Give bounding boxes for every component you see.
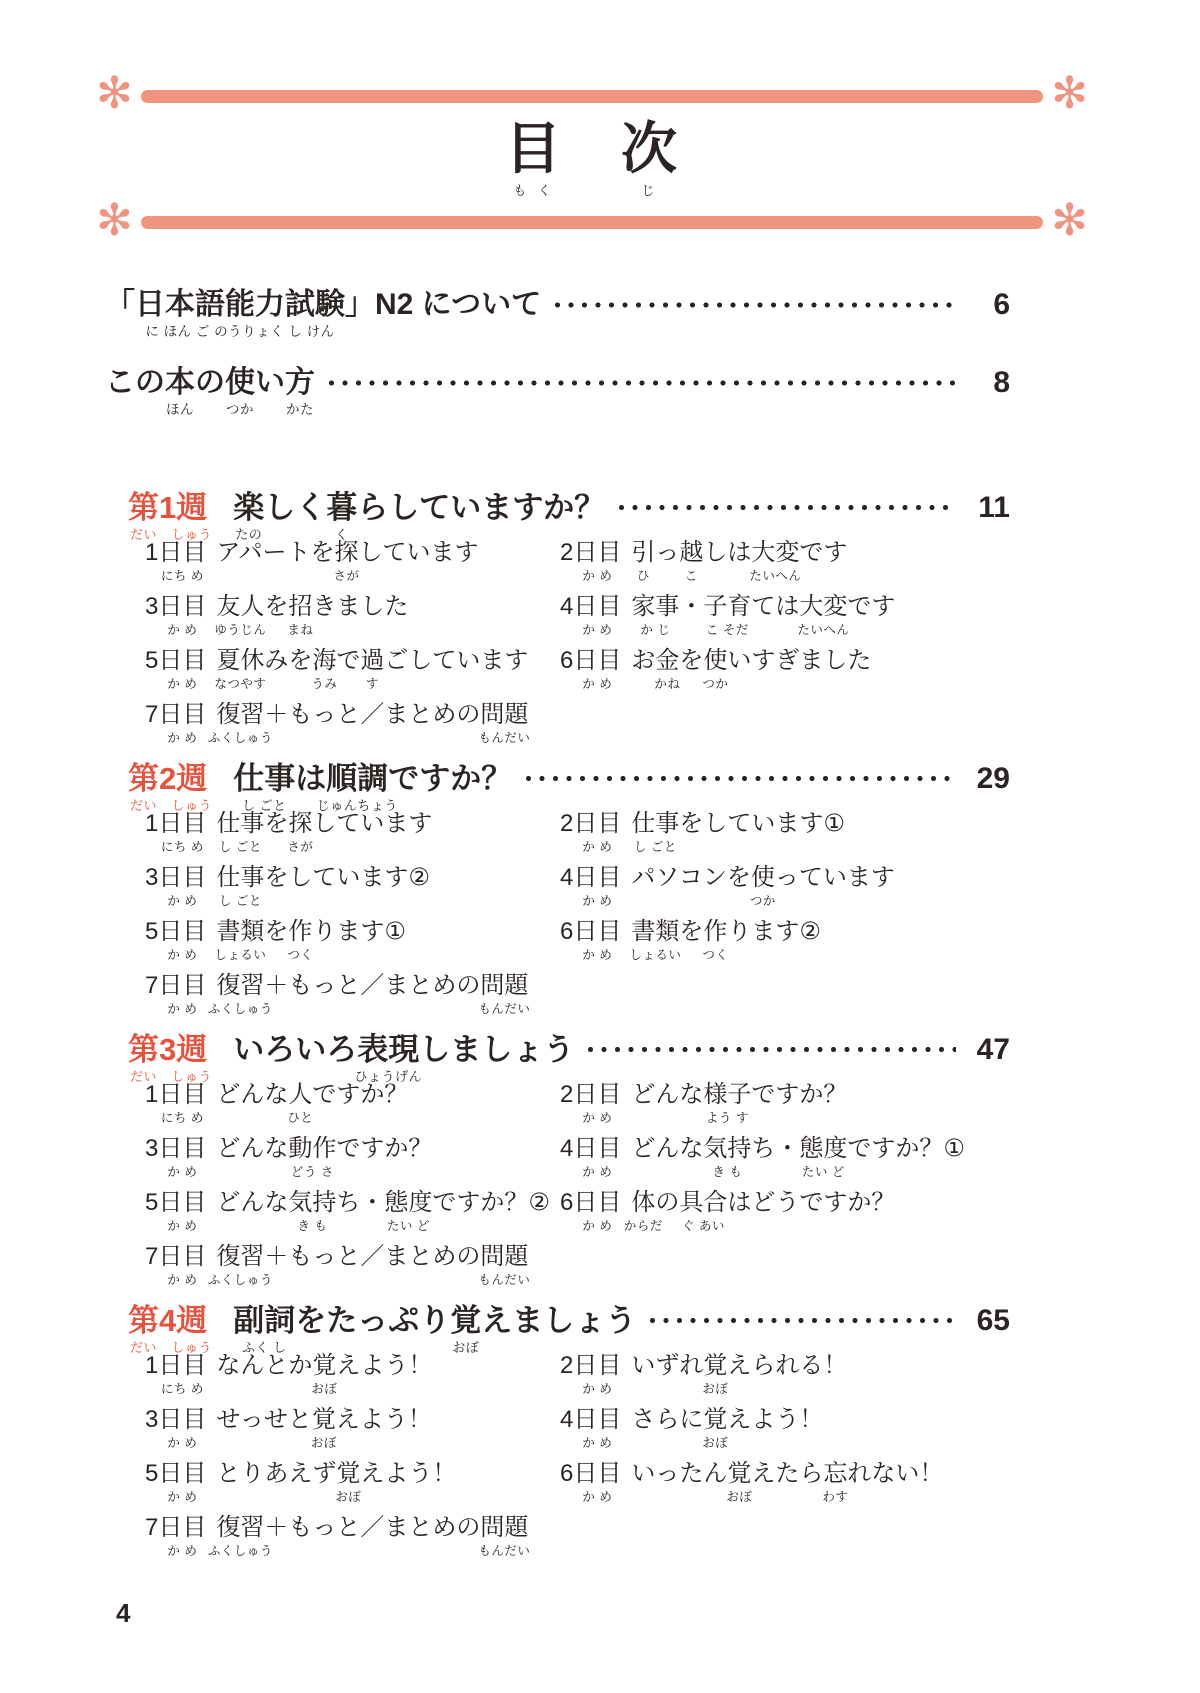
furigana: か め (582, 1437, 612, 1450)
furigana: ゆうじん (214, 624, 266, 637)
furigana: かた (286, 403, 314, 417)
text-segment: をしています① (679, 809, 845, 839)
text-segment: ごしています (384, 646, 528, 676)
week-header-row: 第だい4週しゅう副詞ふく しをたっぷり覚おぼえましょう65 (128, 1302, 1010, 1339)
text-segment: きました (312, 592, 408, 622)
day-item: 2日目か め引ひっ越こしは大変たいへんです (560, 538, 1010, 568)
text-segment: 使つか (751, 863, 775, 893)
week-header-row: 第だい1週しゅう楽たのしく暮くらしていますか？11 (128, 489, 1010, 526)
furigana: ふくしゅう (208, 1003, 273, 1016)
furigana: か め (167, 732, 197, 745)
text-segment: 日目か め (158, 592, 206, 622)
furigana: にち め (161, 841, 204, 854)
text-segment: 日目か め (158, 646, 206, 676)
text-segment: いずれ (631, 1351, 703, 1381)
furigana: つか (702, 678, 728, 691)
day-title: 仕事し ごとをしています② (216, 864, 430, 891)
day-item: 7日目か め復習ふくしゅう＋もっと／まとめの問題もんだい (145, 971, 560, 1001)
text-segment: 仕事し ごと (233, 760, 295, 797)
text-segment: 態度たい ど (799, 1134, 847, 1164)
day-label: 2日目か め (560, 539, 621, 566)
furigana: か め (167, 1545, 197, 1558)
furigana: か め (167, 1274, 197, 1287)
day-title: パソコンを使つかっています (631, 864, 895, 891)
text-segment: です (799, 538, 847, 568)
text-segment: 1 (159, 489, 176, 526)
furigana: か め (582, 895, 612, 908)
text-segment: 忘わす (823, 1459, 847, 1489)
text-segment: しは (703, 538, 751, 568)
text-segment: 書類しょるい (631, 917, 679, 947)
toc-header: ✻ ✻ 目も く 次じ ✻ ✻ (96, 74, 1088, 245)
day-title: 仕事し ごとを探さがしています (216, 810, 432, 837)
text-segment: 使つか (703, 646, 727, 676)
furigana: か め (167, 624, 197, 637)
furigana: もんだい (478, 1545, 530, 1558)
text-segment: 日目か め (573, 592, 621, 622)
text-segment: 様子よう す (703, 1080, 751, 1110)
day-item: 3日目か め仕事し ごとをしています② (145, 863, 560, 893)
text-segment: ては (751, 592, 799, 622)
dot-leader (615, 489, 956, 526)
text-segment: 2 (560, 809, 573, 839)
day-label: 1日目にち め (145, 539, 206, 566)
day-item: 5日目か めとりあえず覚おぼえよう！ (145, 1459, 560, 1489)
furigana: か め (167, 1220, 197, 1233)
week-sections: 第だい1週しゅう楽たのしく暮くらしていますか？111日目にち めアパートを探さが… (105, 489, 1010, 1567)
day-title: 復習ふくしゅう＋もっと／まとめの問題もんだい (216, 1514, 528, 1541)
text-segment: ですか？② (432, 1188, 550, 1218)
furigana: つく (287, 949, 313, 962)
furigana: たいへん (797, 624, 849, 637)
furigana: つか (750, 895, 776, 908)
day-title: 友人ゆうじんを招まねきました (216, 593, 408, 620)
day-label: 4日目か め (560, 864, 621, 891)
text-segment: 第だい (128, 489, 159, 526)
day-title: いったん覚おぼえたら忘わすれない！ (631, 1460, 943, 1487)
furigana: ふくしゅう (208, 732, 273, 745)
furigana: おぼ (702, 1383, 728, 1396)
furigana: ほん (166, 403, 194, 417)
day-title: どんな人ひとですか？ (216, 1081, 408, 1108)
text-segment: 日目か め (158, 1405, 206, 1435)
text-segment: いろいろ (233, 1031, 357, 1068)
day-item: 1日目にち めどんな人ひとですか？ (145, 1080, 560, 1110)
day-grid: 1日目にち めなんとか覚おぼえよう！2日目か めいずれ覚おぼえられる！3日目か … (145, 1351, 1010, 1567)
text-segment: 「 (105, 287, 135, 323)
entry-page-number: 6 (964, 287, 1010, 323)
day-label: 6日目か め (560, 1189, 621, 1216)
day-title: 書類しょるいを作つくります① (216, 918, 406, 945)
day-item: 6日目か め書類しょるいを作つくります② (560, 917, 1010, 947)
text-segment: えたら (751, 1459, 823, 1489)
furigana: にち め (161, 570, 204, 583)
text-segment: 6 (560, 1459, 573, 1489)
flower-icon: ✻ (96, 199, 133, 243)
text-segment: を (264, 592, 288, 622)
text-segment: 7 (145, 971, 158, 1001)
furigana: もんだい (478, 1003, 530, 1016)
text-segment: 7 (145, 1513, 158, 1543)
text-segment: 日目か め (158, 1242, 206, 1272)
text-segment: 4 (560, 592, 573, 622)
text-segment: 5 (145, 1459, 158, 1489)
text-segment: 週しゅう (176, 760, 207, 797)
furigana: おぼ (452, 1341, 479, 1354)
furigana: も く (513, 184, 555, 197)
furigana: か め (167, 895, 197, 908)
text-segment: 復習ふくしゅう (216, 1513, 264, 1543)
furigana: か め (582, 949, 612, 962)
furigana: かね (654, 678, 680, 691)
text-segment: 3 (145, 1134, 158, 1164)
week-section: 第だい3週しゅういろいろ表現ひょうげんしましょう471日目にち めどんな人ひとで… (105, 1031, 1010, 1296)
text-segment: 復習ふくしゅう (216, 700, 264, 730)
text-segment: 体からだ (631, 1188, 655, 1218)
flower-icon: ✻ (1051, 199, 1088, 243)
text-segment: みを (264, 646, 312, 676)
dot-leader (325, 365, 956, 401)
furigana: に ほん ご のうりょく し けん (145, 325, 334, 339)
text-segment: 日目にち め (158, 809, 206, 839)
day-item: 3日目か めせっせと覚おぼえよう！ (145, 1405, 560, 1435)
furigana: か め (167, 678, 197, 691)
text-segment (563, 120, 621, 179)
day-item: 7日目か め復習ふくしゅう＋もっと／まとめの問題もんだい (145, 1513, 560, 1543)
day-item: 6日目か めお金かねを使つかいすぎました (560, 646, 1010, 676)
week-title: 副詞ふく しをたっぷり覚おぼえましょう (233, 1302, 636, 1339)
text-segment: 覚おぼ (336, 1459, 360, 1489)
text-segment: パソコンを (631, 863, 751, 893)
text-segment: しています (312, 809, 432, 839)
furigana: さが (287, 841, 313, 854)
text-segment: しく (264, 489, 326, 526)
text-segment: 家事か じ (631, 592, 679, 622)
text-segment: 日目か め (158, 1188, 206, 1218)
text-segment: いったん (631, 1459, 727, 1489)
text-segment: 仕事し ごと (631, 809, 679, 839)
day-grid: 1日目にち めどんな人ひとですか？2日目か めどんな様子よう すですか？3日目か… (145, 1080, 1010, 1296)
text-segment: を (264, 917, 288, 947)
day-title: 復習ふくしゅう＋もっと／まとめの問題もんだい (216, 701, 528, 728)
text-segment: 復習ふくしゅう (216, 971, 264, 1001)
text-segment: い (255, 365, 285, 401)
text-segment: 5 (145, 646, 158, 676)
flower-icon: ✻ (96, 72, 133, 116)
dot-leader (551, 287, 956, 323)
text-segment: どんな (216, 1134, 288, 1164)
furigana: しょるい (214, 949, 266, 962)
text-segment: 越こ (679, 538, 703, 568)
text-segment: 日目か め (158, 1134, 206, 1164)
furigana: もんだい (478, 732, 530, 745)
day-item: 2日目か め仕事し ごとをしています① (560, 809, 1010, 839)
day-title: 夏休なつやすみを海うみで過すごしています (216, 647, 528, 674)
furigana: おぼ (335, 1491, 361, 1504)
day-item: 1日目にち めなんとか覚おぼえよう！ (145, 1351, 560, 1381)
header-top-rule: ✻ ✻ (96, 74, 1088, 118)
text-segment: お (631, 646, 655, 676)
text-segment: を (264, 809, 288, 839)
furigana: か め (582, 1112, 612, 1125)
toc-entry: この本ほんの使つかい方かた8 (105, 365, 1010, 401)
day-title: いずれ覚おぼえられる！ (631, 1352, 847, 1379)
text-segment: 1 (145, 809, 158, 839)
footer-page-number: 4 (116, 1598, 130, 1629)
text-segment: をしています② (264, 863, 430, 893)
furigana: こ (685, 570, 698, 583)
day-title: せっせと覚おぼえよう！ (216, 1406, 432, 1433)
text-segment: 5 (145, 917, 158, 947)
day-item: 5日目か めどんな気持き もち・態度たい どですか？② (145, 1188, 560, 1218)
text-segment: 」N2 について (345, 287, 541, 323)
dot-leader (584, 1031, 956, 1068)
text-segment: 副詞ふく し (233, 1302, 295, 1339)
day-item: 4日目か めどんな気持き もち・態度たい どですか？① (560, 1134, 1010, 1164)
text-segment: を (679, 646, 703, 676)
furigana: こ そだ (706, 624, 749, 637)
day-label: 5日目か め (145, 1460, 206, 1487)
text-segment: ち・ (751, 1134, 799, 1164)
dot-leader (522, 760, 956, 797)
text-segment: 週しゅう (176, 1031, 207, 1068)
text-segment: 使つか (225, 365, 255, 401)
furigana: つか (226, 403, 254, 417)
page-title: 目も く 次じ (505, 117, 679, 180)
entry-title: この本ほんの使つかい方かた (105, 365, 315, 401)
furigana: ふくしゅう (208, 1274, 273, 1287)
text-segment: さらに (631, 1405, 703, 1435)
text-segment: 4 (159, 1302, 176, 1339)
text-segment: しています (358, 538, 478, 568)
furigana: か め (582, 841, 612, 854)
furigana: か め (582, 1220, 612, 1233)
text-segment: 2 (159, 760, 176, 797)
day-grid: 1日目にち めアパートを探さがしています2日目か め引ひっ越こしは大変たいへんで… (145, 538, 1010, 754)
text-segment: 作つく (703, 917, 727, 947)
text-segment: 日本語能力試験に ほん ご のうりょく し けん (135, 287, 345, 323)
text-segment: 問題もんだい (480, 1513, 528, 1543)
text-segment: とりあえず (216, 1459, 336, 1489)
day-label: 5日目か め (145, 647, 206, 674)
rule-bar (141, 90, 1043, 103)
week-title: いろいろ表現ひょうげんしましょう (233, 1031, 574, 1068)
text-segment: 3 (145, 863, 158, 893)
text-segment: 復習ふくしゅう (216, 1242, 264, 1272)
text-segment: 本ほん (165, 365, 195, 401)
week-label: 第だい3週しゅう (128, 1031, 207, 1068)
text-segment: ります① (312, 917, 406, 947)
day-label: 4日目か め (560, 593, 621, 620)
furigana: おぼ (702, 1437, 728, 1450)
text-segment: 夏休なつやす (216, 646, 264, 676)
furigana: ひ (637, 570, 650, 583)
day-label: 7日目か め (145, 1243, 206, 1270)
day-label: 3日目か め (145, 1406, 206, 1433)
furigana: か め (582, 1491, 612, 1504)
day-label: 6日目か め (560, 647, 621, 674)
furigana: つく (702, 949, 728, 962)
week-section: 第だい1週しゅう楽たのしく暮くらしていますか？111日目にち めアパートを探さが… (105, 489, 1010, 754)
text-segment: ＋もっと／まとめの (264, 700, 480, 730)
text-segment: 問題もんだい (480, 1242, 528, 1272)
furigana: か め (582, 678, 612, 691)
furigana: たい ど (802, 1166, 845, 1179)
text-segment: 日目か め (573, 538, 621, 568)
text-segment: 3 (145, 592, 158, 622)
text-segment: 4 (560, 1405, 573, 1435)
text-segment: 日目にち め (158, 1351, 206, 1381)
day-item: 1日目にち め仕事し ごとを探さがしています (145, 809, 560, 839)
furigana: か め (167, 949, 197, 962)
day-label: 1日目にち め (145, 1081, 206, 1108)
text-segment: 子育こ そだ (703, 592, 751, 622)
day-title: 書類しょるいを作つくります② (631, 918, 821, 945)
text-segment: 日目か め (573, 1134, 621, 1164)
furigana: なつやす (214, 678, 266, 691)
text-segment: で (336, 646, 360, 676)
day-item: 5日目か め書類しょるいを作つくります① (145, 917, 560, 947)
text-segment: 方かた (285, 365, 315, 401)
text-segment: らしていますか？ (357, 489, 605, 526)
day-label: 2日目か め (560, 810, 621, 837)
day-label: 1日目にち め (145, 1352, 206, 1379)
day-label: 7日目か め (145, 972, 206, 999)
text-segment: 仕事し ごと (216, 863, 264, 893)
week-page-number: 11 (964, 489, 1010, 526)
text-segment: 覚おぼ (703, 1405, 727, 1435)
text-segment: です (847, 592, 895, 622)
text-segment: 問題もんだい (480, 700, 528, 730)
day-label: 7日目か め (145, 1514, 206, 1541)
text-segment: 7 (145, 700, 158, 730)
text-segment: 気持き も (703, 1134, 751, 1164)
furigana: か め (167, 1491, 197, 1504)
text-segment: 5 (145, 1188, 158, 1218)
week-page-number: 65 (964, 1302, 1010, 1339)
day-item: 1日目にち めアパートを探さがしています (145, 538, 560, 568)
text-segment: 作つく (288, 917, 312, 947)
text-segment: っ (655, 538, 679, 568)
text-segment: 6 (560, 917, 573, 947)
text-segment: ります② (727, 917, 821, 947)
day-item: 6日目か め体からだの具合ぐ あいはどうですか？ (560, 1188, 1010, 1218)
week-label: 第だい2週しゅう (128, 760, 207, 797)
week-title: 楽たのしく暮くらしていますか？ (233, 489, 605, 526)
text-segment: 日目にち め (158, 538, 206, 568)
day-title: アパートを探さがしています (216, 539, 478, 566)
text-segment: 日目か め (158, 1459, 206, 1489)
text-segment: 暮く (326, 489, 357, 526)
text-segment: えよう！ (336, 1405, 432, 1435)
text-segment: 週しゅう (176, 489, 207, 526)
text-segment: しましょう (419, 1031, 574, 1068)
text-segment: 4 (560, 863, 573, 893)
text-segment: 仕事し ごと (216, 809, 264, 839)
text-segment: 順調じゅんちょう (326, 760, 388, 797)
entry-title: 「日本語能力試験に ほん ご のうりょく し けん」N2 について (105, 287, 541, 323)
furigana: か め (582, 624, 612, 637)
day-item: 6日目か めいったん覚おぼえたら忘わすれない！ (560, 1459, 1010, 1489)
day-item: 4日目か めパソコンを使つかっています (560, 863, 1010, 893)
toc-main: 「日本語能力試験に ほん ご のうりょく し けん」N2 について6この本ほんの… (105, 287, 1010, 1567)
text-segment: 4 (560, 1134, 573, 1164)
text-segment: 問題もんだい (480, 971, 528, 1001)
text-segment: 次じ (621, 120, 679, 179)
text-segment: えよう！ (336, 1351, 432, 1381)
day-item: 7日目か め復習ふくしゅう＋もっと／まとめの問題もんだい (145, 700, 560, 730)
text-segment: の (655, 1188, 679, 1218)
text-segment: 日目か め (158, 971, 206, 1001)
text-segment: 6 (560, 1188, 573, 1218)
text-segment: 動作どう さ (288, 1134, 336, 1164)
text-segment: 第だい (128, 1031, 159, 1068)
day-label: 1日目にち め (145, 810, 206, 837)
day-label: 4日目か め (560, 1406, 621, 1433)
day-item: 3日目か め友人ゆうじんを招まねきました (145, 592, 560, 622)
text-segment: どんな (216, 1188, 288, 1218)
day-label: 6日目か め (560, 1460, 621, 1487)
text-segment: 日目か め (573, 1188, 621, 1218)
furigana: わす (822, 1491, 848, 1504)
text-segment: 2 (560, 538, 573, 568)
day-title: 復習ふくしゅう＋もっと／まとめの問題もんだい (216, 1243, 528, 1270)
day-title: 引ひっ越こしは大変たいへんです (631, 539, 847, 566)
furigana: す (366, 678, 379, 691)
text-segment: 過す (360, 646, 384, 676)
text-segment: 日目か め (573, 646, 621, 676)
furigana: し ごと (219, 895, 262, 908)
text-segment: 3 (145, 1405, 158, 1435)
day-title: どんな気持き もち・態度たい どですか？① (631, 1135, 965, 1162)
furigana: まね (287, 624, 313, 637)
text-segment: えよう！ (360, 1459, 456, 1489)
day-label: 2日目か め (560, 1081, 621, 1108)
text-segment: 覚おぼ (727, 1459, 751, 1489)
text-segment: 具合ぐ あい (679, 1188, 727, 1218)
text-segment: 探さが (288, 809, 312, 839)
day-item: 7日目か め復習ふくしゅう＋もっと／まとめの問題もんだい (145, 1242, 560, 1272)
furigana: し ごと (634, 841, 677, 854)
week-page-number: 47 (964, 1031, 1010, 1068)
text-segment: 日目か め (573, 1351, 621, 1381)
day-label: 7日目か め (145, 701, 206, 728)
text-segment: 表現ひょうげん (357, 1031, 419, 1068)
furigana: さが (333, 570, 359, 583)
furigana: もんだい (478, 1274, 530, 1287)
furigana: おぼ (726, 1491, 752, 1504)
text-segment: 7 (145, 1242, 158, 1272)
text-segment: 人ひと (288, 1080, 312, 1110)
furigana: か め (167, 1003, 197, 1016)
day-item: 3日目か めどんな動作どう さですか？ (145, 1134, 560, 1164)
day-title: 家事か じ・子育こ そだては大変たいへんです (631, 593, 895, 620)
text-segment: 目も く (505, 120, 563, 179)
day-title: お金かねを使つかいすぎました (631, 647, 871, 674)
day-label: 6日目か め (560, 918, 621, 945)
toc-page: ✻ ✻ 目も く 次じ ✻ ✻ 「日本語能力試験に ほん ご のうりょく し け… (0, 0, 1200, 1693)
furigana: しょるい (629, 949, 681, 962)
text-segment: を (679, 917, 703, 947)
furigana: ぐ あい (682, 1220, 725, 1233)
furigana: か め (167, 1437, 197, 1450)
text-segment: どんな (631, 1134, 703, 1164)
text-segment: 日目か め (573, 809, 621, 839)
day-title: 仕事し ごとをしています① (631, 810, 845, 837)
text-segment: 1 (145, 538, 158, 568)
text-segment: えよう！ (727, 1405, 823, 1435)
week-header-row: 第だい3週しゅういろいろ表現ひょうげんしましょう47 (128, 1031, 1010, 1068)
